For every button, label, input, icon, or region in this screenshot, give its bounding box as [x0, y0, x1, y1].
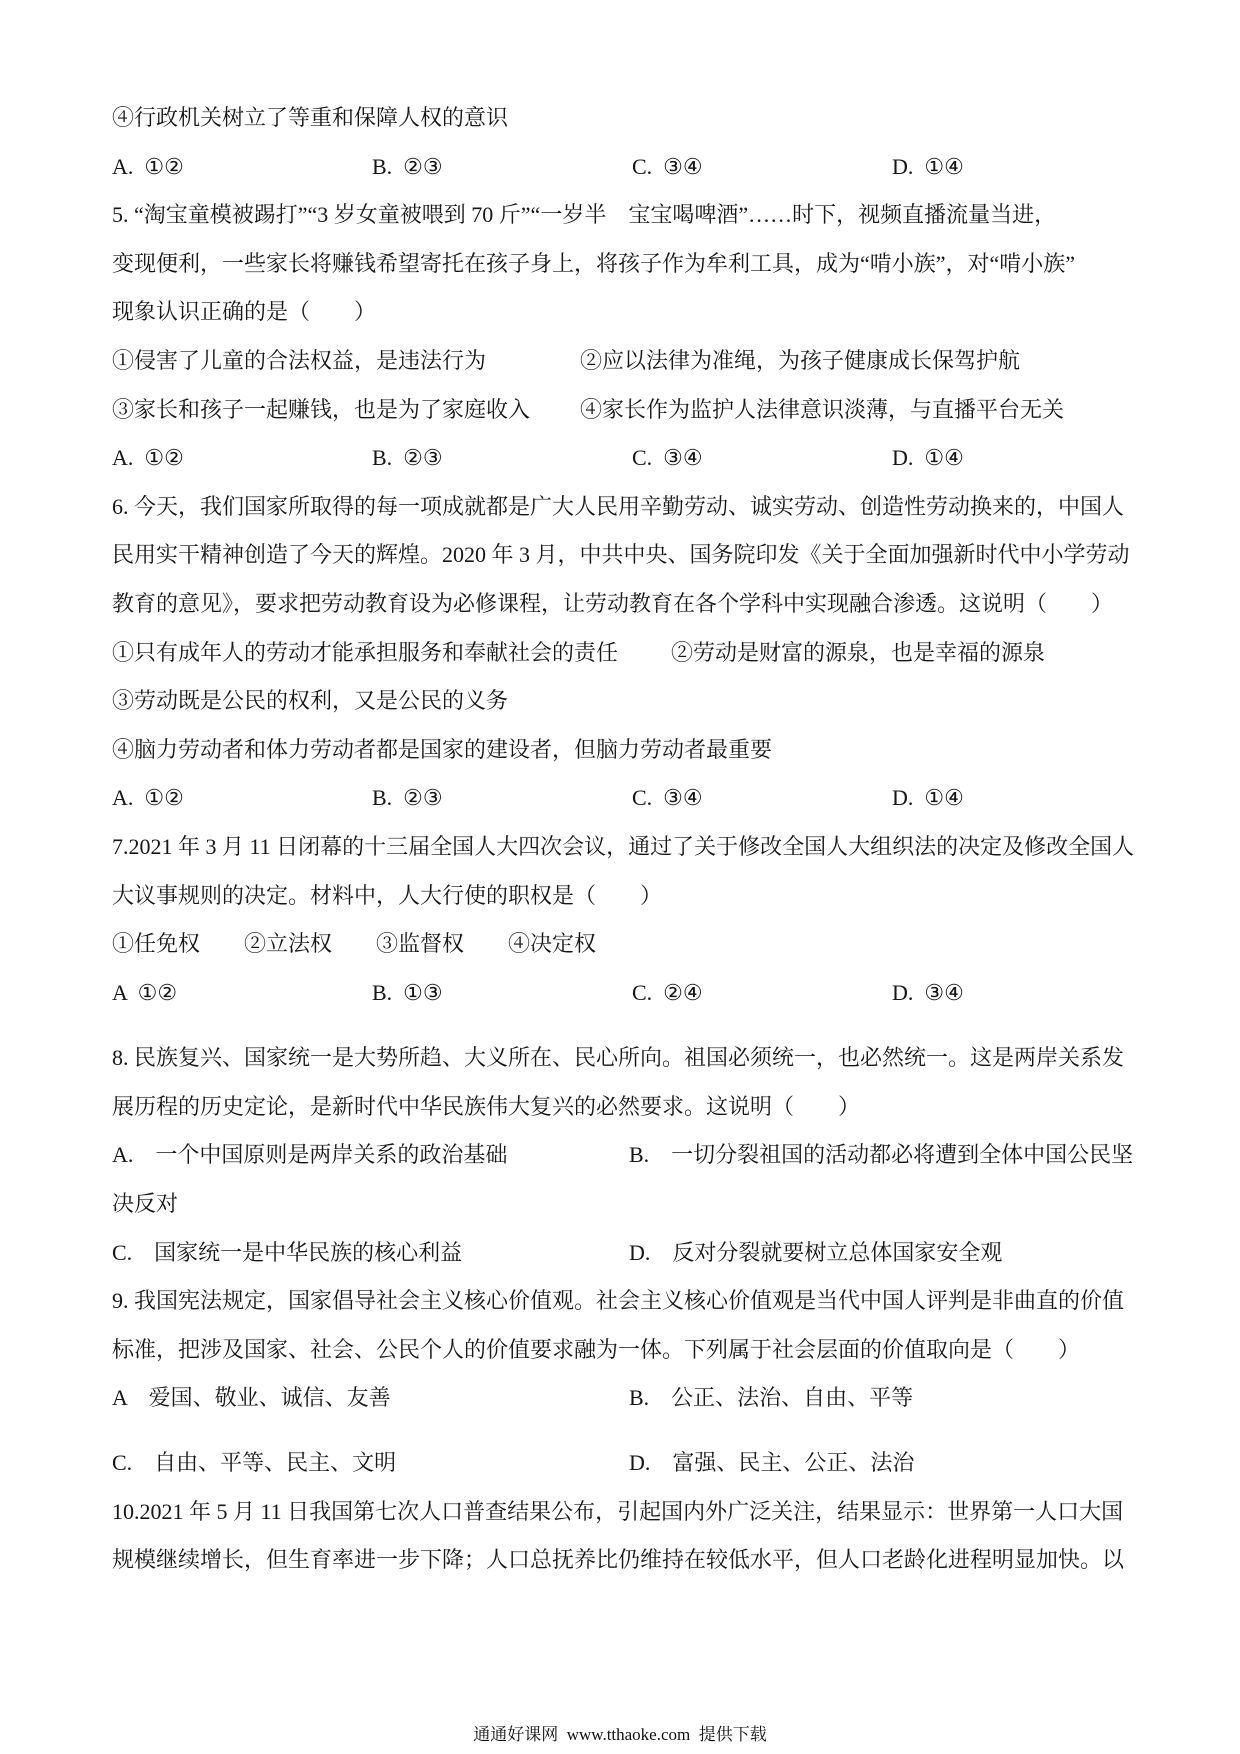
- choice-2: ②应以法律为准绳，为孩子健康成长保驾护航: [580, 337, 1020, 386]
- line-q5-choices-1-2: ①侵害了儿童的合法权益，是违法行为②应以法律为准绳，为孩子健康成长保驾护航: [112, 337, 1152, 386]
- line-q6-stem-3: 教育的意见》，要求把劳动教育设为必修课程，让劳动教育在各个学科中实现融合渗透。这…: [112, 580, 1152, 629]
- answers-row-q6: A. ①②B. ②③C. ③④D. ①④: [112, 774, 1152, 823]
- line-q7-stem-2: 大议事规则的决定。材料中，人大行使的职权是（ ）: [112, 872, 1152, 921]
- option-b: B. 公正、法治、自由、平等: [629, 1374, 913, 1423]
- line-q5-stem-1: 5. “淘宝童模被踢打”“3 岁女童被喂到 70 斤”“一岁半 宝宝喝啤酒”………: [112, 191, 1152, 240]
- footer: 通通好课网 www.tthaoke.com 提供下载: [0, 1724, 1240, 1746]
- line-q8-options-c-d: C. 国家统一是中华民族的核心利益D. 反对分裂就要树立总体国家安全观: [112, 1229, 1152, 1278]
- option-d: D. 富强、民主、公正、法治: [629, 1439, 914, 1488]
- line-q9-options-c-d: C. 自由、平等、民主、文明D. 富强、民主、公正、法治: [112, 1439, 1152, 1488]
- answer-option-c: C. ②④: [632, 969, 892, 1018]
- answer-option-d: D. ①④: [892, 434, 1152, 483]
- answers-row-q7: A ①②B. ①③C. ②④D. ③④: [112, 969, 1152, 1018]
- line-q9-options-a-b: A 爱国、敬业、诚信、友善B. 公正、法治、自由、平等: [112, 1374, 1152, 1423]
- line-q4-option4: ④行政机关树立了等重和保障人权的意识: [112, 94, 1152, 143]
- exam-page-content: ④行政机关树立了等重和保障人权的意识 A. ①②B. ②③C. ③④D. ①④ …: [112, 94, 1152, 1585]
- choice-2: ②劳动是财富的源泉，也是幸福的源泉: [671, 629, 1045, 678]
- option-a: A 爱国、敬业、诚信、友善: [112, 1385, 391, 1410]
- option-c: C. 自由、平等、民主、文明: [112, 1450, 396, 1475]
- line-q9-stem-1: 9. 我国宪法规定，国家倡导社会主义核心价值观。社会主义核心价值观是当代中国人评…: [112, 1277, 1152, 1326]
- answers-row-q4: A. ①②B. ②③C. ③④D. ①④: [112, 143, 1152, 192]
- footer-separator: [690, 1725, 699, 1744]
- answer-option-c: C. ③④: [632, 774, 892, 823]
- line-q5-choices-3-4: ③家长和孩子一起赚钱，也是为了家庭收入④家长作为监护人法律意识淡薄，与直播平台无…: [112, 386, 1152, 435]
- answer-option-d: D. ③④: [892, 969, 1152, 1018]
- option-b: B. 一切分裂祖国的活动都必将遭到全体中国公民坚: [629, 1131, 1133, 1180]
- answer-option-a: A. ①②: [112, 774, 372, 823]
- answer-option-b: B. ②③: [372, 143, 632, 192]
- answer-option-c: C. ③④: [632, 434, 892, 483]
- line-q9-stem-2: 标准，把涉及国家、社会、公民个人的价值要求融为一体。下列属于社会层面的价值取向是…: [112, 1326, 1152, 1375]
- answer-option-b: B. ②③: [372, 774, 632, 823]
- line-q5-stem-3: 现象认识正确的是（ ）: [112, 288, 1152, 337]
- line-q8-option-b-continued: 决反对: [112, 1180, 1152, 1229]
- option-a: A. 一个中国原则是两岸关系的政治基础: [112, 1142, 507, 1167]
- footer-site-name: 通通好课网: [473, 1725, 558, 1744]
- answer-option-a: A ①②: [112, 969, 372, 1018]
- line-q8-stem-2: 展历程的历史定论，是新时代中华民族伟大复兴的必然要求。这说明（ ）: [112, 1083, 1152, 1132]
- answer-option-d: D. ①④: [892, 143, 1152, 192]
- answer-option-c: C. ③④: [632, 143, 892, 192]
- line-q6-stem-2: 民用实干精神创造了今天的辉煌。2020 年 3 月，中共中央、国务院印发《关于全…: [112, 531, 1152, 580]
- line-q10-stem-1: 10.2021 年 5 月 11 日我国第七次人口普查结果公布，引起国内外广泛关…: [112, 1488, 1152, 1537]
- line-q6-choice-4: ④脑力劳动者和体力劳动者都是国家的建设者，但脑力劳动者最重要: [112, 726, 1152, 775]
- answer-option-a: A. ①②: [112, 434, 372, 483]
- choice-1: ①侵害了儿童的合法权益，是违法行为: [112, 348, 486, 373]
- footer-download-note: 提供下载: [699, 1725, 767, 1744]
- line-q7-stem-1: 7.2021 年 3 月 11 日闭幕的十三届全国人大四次会议，通过了关于修改全…: [112, 823, 1152, 872]
- answer-option-b: B. ①③: [372, 969, 632, 1018]
- line-q10-stem-2: 规模继续增长，但生育率进一步下降；人口总抚养比仍维持在较低水平，但人口老龄化进程…: [112, 1536, 1152, 1585]
- answers-row-q5: A. ①②B. ②③C. ③④D. ①④: [112, 434, 1152, 483]
- footer-url: www.tthaoke.com: [567, 1725, 691, 1744]
- line-q8-stem-1: 8. 民族复兴、国家统一是大势所趋、大义所在、民心所向。祖国必须统一，也必然统一…: [112, 1034, 1152, 1083]
- option-c: C. 国家统一是中华民族的核心利益: [112, 1240, 462, 1265]
- answer-option-b: B. ②③: [372, 434, 632, 483]
- line-q6-choices-1-2: ①只有成年人的劳动才能承担服务和奉献社会的责任②劳动是财富的源泉，也是幸福的源泉: [112, 629, 1152, 678]
- line-q6-choice-3: ③劳动既是公民的权利，又是公民的义务: [112, 677, 1152, 726]
- answer-option-a: A. ①②: [112, 143, 372, 192]
- choice-1: ①只有成年人的劳动才能承担服务和奉献社会的责任: [112, 640, 618, 665]
- choice-3: ③家长和孩子一起赚钱，也是为了家庭收入: [112, 397, 530, 422]
- line-q5-stem-2: 变现便利，一些家长将赚钱希望寄托在孩子身上，将孩子作为牟利工具，成为“啃小族”，…: [112, 240, 1152, 289]
- line-q7-choices: ①任免权 ②立法权 ③监督权 ④决定权: [112, 920, 1152, 969]
- line-q6-stem-1: 6. 今天，我们国家所取得的每一项成就都是广大人民用辛勤劳动、诚实劳动、创造性劳…: [112, 483, 1152, 532]
- footer-separator: [558, 1725, 567, 1744]
- option-d: D. 反对分裂就要树立总体国家安全观: [629, 1229, 1002, 1278]
- answer-option-d: D. ①④: [892, 774, 1152, 823]
- line-q8-options-a-b: A. 一个中国原则是两岸关系的政治基础B. 一切分裂祖国的活动都必将遭到全体中国…: [112, 1131, 1152, 1180]
- choice-4: ④家长作为监护人法律意识淡薄，与直播平台无关: [580, 386, 1064, 435]
